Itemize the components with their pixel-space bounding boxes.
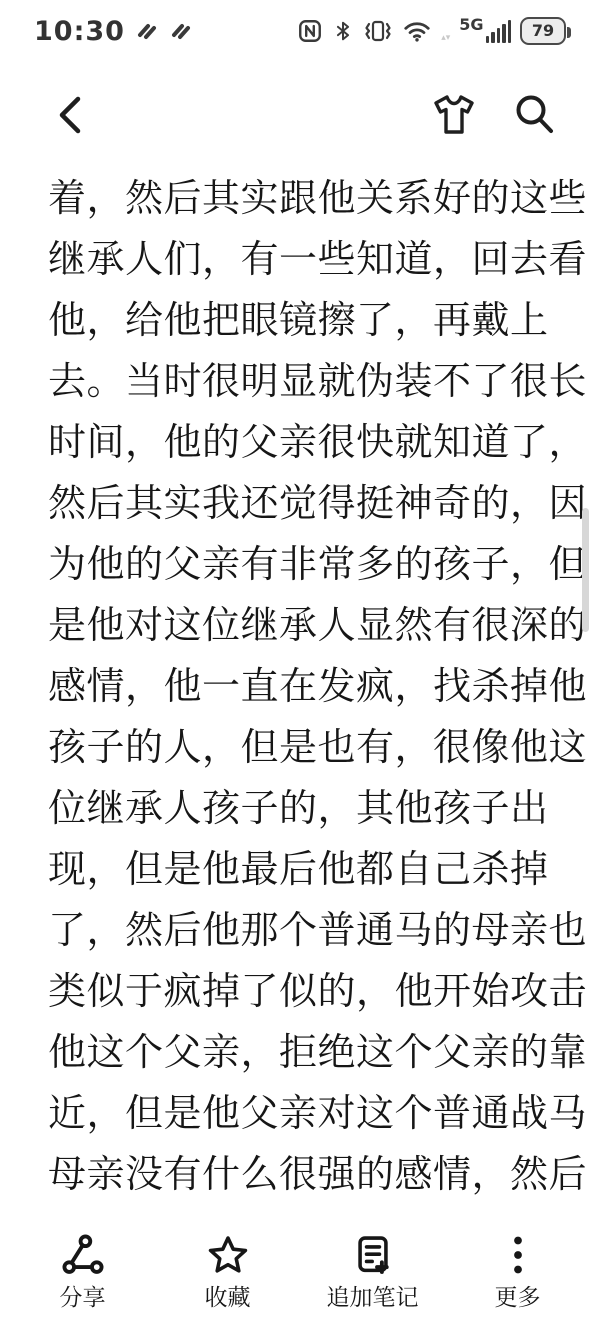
back-button[interactable] xyxy=(50,91,92,142)
nav-bar xyxy=(0,70,600,162)
share-icon xyxy=(62,1234,104,1279)
theme-skin-button[interactable] xyxy=(430,93,478,140)
network-type-label: 5G xyxy=(459,17,483,33)
back-chevron-icon xyxy=(50,91,92,142)
text-line: 时间，他的父亲很快就知道了， xyxy=(48,412,554,473)
battery-percent: 79 xyxy=(532,23,554,39)
tshirt-icon xyxy=(430,93,478,140)
bottom-action-bar: 分享 收藏 追加笔记 xyxy=(0,1228,600,1332)
text-line: 了，然后他那个普通马的母亲也 xyxy=(48,900,554,961)
text-line: 感情，他一直在发疯，找杀掉他 xyxy=(48,656,554,717)
hd-voice-icon xyxy=(169,19,193,43)
text-line: 类似于疯掉了似的，他开始攻击 xyxy=(48,961,554,1022)
text-line: 现，但是他最后他都自己杀掉 xyxy=(48,839,554,900)
text-line: 他，给他把眼镜擦了，再戴上 xyxy=(48,290,554,351)
text-line: 为他的父亲有非常多的孩子，但 xyxy=(48,534,554,595)
phone-screen: 10:30 xyxy=(0,0,600,1332)
status-right: ▴▾ 5G 79 xyxy=(297,17,566,45)
share-button[interactable]: 分享 xyxy=(28,1234,138,1309)
status-bar: 10:30 xyxy=(0,0,600,62)
append-note-button[interactable]: 追加笔记 xyxy=(318,1234,428,1309)
share-label: 分享 xyxy=(60,1286,106,1309)
clock-time: 10:30 xyxy=(34,16,125,47)
star-icon xyxy=(206,1234,250,1279)
favorite-button[interactable]: 收藏 xyxy=(173,1234,283,1309)
append-note-label: 追加笔记 xyxy=(327,1286,419,1309)
more-button[interactable]: 更多 xyxy=(463,1234,573,1309)
signal-bars-icon: 5G xyxy=(459,19,511,43)
text-line: 他这个父亲，拒绝这个父亲的靠 xyxy=(48,1022,554,1083)
hd-voice-icon xyxy=(135,19,159,43)
note-text-body[interactable]: 着，然后其实跟他关系好的这些 继承人们，有一些知道，回去看 他，给他把眼镜擦了，… xyxy=(48,168,554,1205)
favorite-label: 收藏 xyxy=(205,1286,251,1309)
text-line: 继承人们，有一些知道，回去看 xyxy=(48,229,554,290)
text-line: 然后其实我还觉得挺神奇的，因 xyxy=(48,473,554,534)
text-line: 位继承人孩子的，其他孩子出 xyxy=(48,778,554,839)
text-line: 孩子的人，但是也有，很像他这 xyxy=(48,717,554,778)
vibrate-icon xyxy=(363,17,393,45)
signal-strength-bars xyxy=(486,19,512,43)
nfc-icon xyxy=(297,18,323,44)
data-updown-arrow-icon: ▴▾ xyxy=(441,34,450,43)
note-add-icon xyxy=(352,1234,394,1279)
text-line: 去。当时很明显就伪装不了很长 xyxy=(48,351,554,412)
wifi-icon xyxy=(402,18,432,44)
bluetooth-icon xyxy=(332,18,354,44)
more-label: 更多 xyxy=(495,1286,541,1309)
search-icon xyxy=(512,92,556,141)
scrollbar-thumb[interactable] xyxy=(582,508,589,632)
text-line: 母亲没有什么很强的感情，然后 xyxy=(48,1144,554,1205)
more-dots-icon xyxy=(497,1234,539,1279)
text-line: 着，然后其实跟他关系好的这些 xyxy=(48,168,554,229)
status-left: 10:30 xyxy=(34,16,193,47)
text-line: 是他对这位继承人显然有很深的 xyxy=(48,595,554,656)
search-button[interactable] xyxy=(512,92,556,141)
nav-right-actions xyxy=(430,92,556,141)
text-line: 近，但是他父亲对这个普通战马 xyxy=(48,1083,554,1144)
battery-icon: 79 xyxy=(520,17,566,45)
battery-nub xyxy=(567,27,572,38)
